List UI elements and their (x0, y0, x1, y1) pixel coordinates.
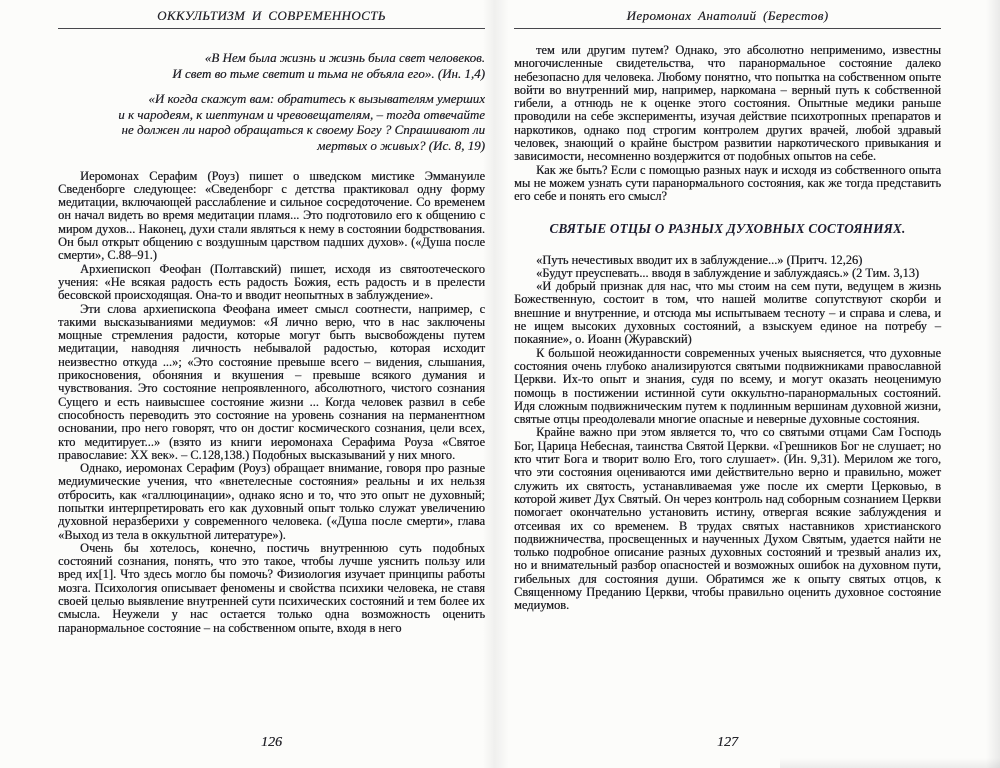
paragraph: Очень бы хотелось, конечно, постичь внут… (58, 542, 485, 635)
quote-paragraph: «И добрый признак для нас, что мы стоим … (514, 280, 941, 346)
quote-paragraph: «Будут преуспевать... вводя в заблуждени… (514, 267, 941, 280)
paragraph: Однако, иеромонах Серафим (Роуз) обращае… (58, 462, 485, 542)
section-heading: СВЯТЫЕ ОТЦЫ О РАЗНЫХ ДУХОВНЫХ СОСТОЯНИЯХ… (514, 221, 941, 237)
epigraph-isaiah: «И когда скажут вам: обратитесь к вызыва… (58, 91, 485, 153)
book-spread: ОККУЛЬТИЗМ И СОВРЕМЕННОСТЬ «В Нем была ж… (0, 0, 1000, 768)
paragraph: Крайне важно при этом является то, что с… (514, 426, 941, 612)
right-page-number: 127 (514, 735, 941, 751)
paragraph: Архиепископ Феофан (Полтавский) пишет, и… (58, 263, 485, 303)
gutter-shadow (483, 0, 509, 768)
left-page: ОККУЛЬТИЗМ И СОВРЕМЕННОСТЬ «В Нем была ж… (58, 0, 485, 768)
epigraph-john: «В Нем была жизнь и жизнь была свет чело… (58, 50, 485, 81)
left-head-rule (58, 28, 485, 29)
right-edge-shadow (986, 0, 1000, 768)
paragraph: Как же быть? Если с помощью разных наук … (514, 164, 941, 204)
left-running-head: ОККУЛЬТИЗМ И СОВРЕМЕННОСТЬ (58, 8, 485, 24)
right-page: Иеромонах Анатолий (Берестов) тем или др… (514, 0, 941, 768)
paragraph: К большой неожиданности современных учен… (514, 347, 941, 427)
paragraph: тем или другим путем? Однако, это абсолю… (514, 44, 941, 164)
right-head-rule (514, 28, 941, 29)
paragraph: Эти слова архиепископа Феофана имеет смы… (58, 303, 485, 463)
quote-paragraph: «Путь нечестивых вводит их в заблуждение… (514, 254, 941, 267)
left-page-number: 126 (58, 735, 485, 751)
right-running-head: Иеромонах Анатолий (Берестов) (514, 8, 941, 24)
paragraph: Иеромонах Серафим (Роуз) пишет о шведско… (58, 170, 485, 263)
